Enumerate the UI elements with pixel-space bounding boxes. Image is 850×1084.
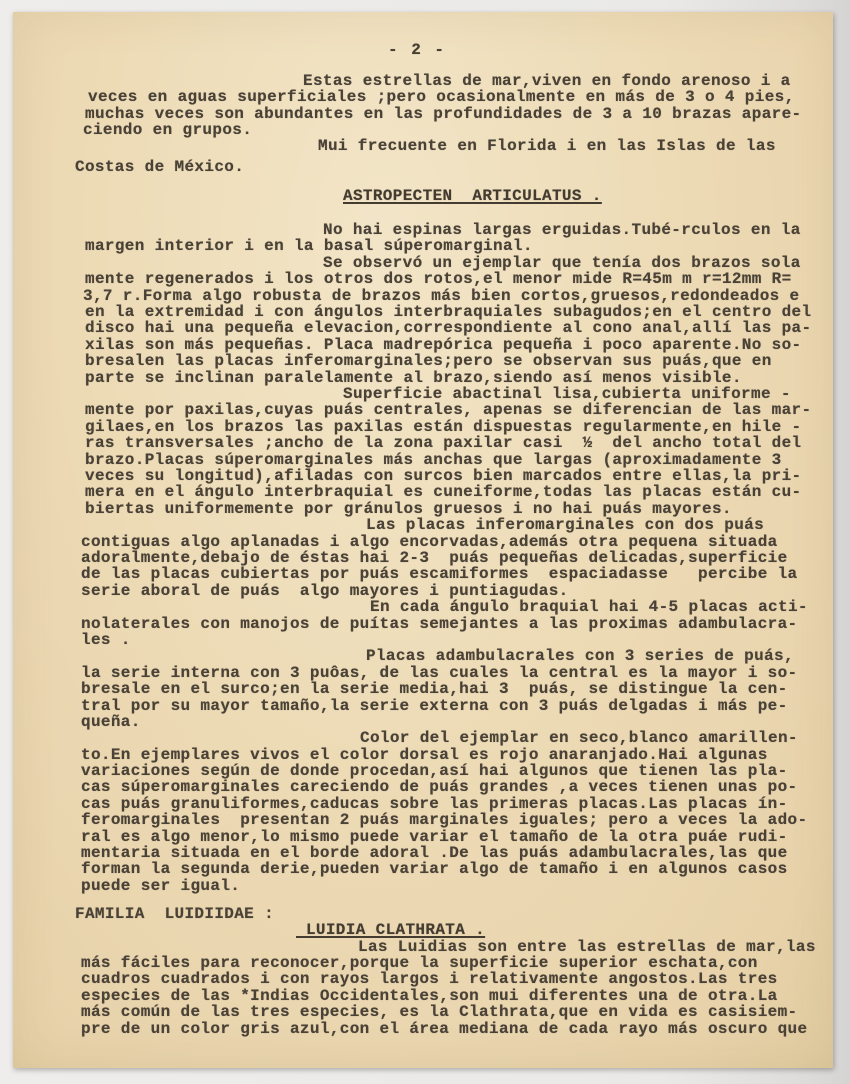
text-line: to.En ejemplares vivos el color dorsal e… xyxy=(81,748,768,763)
text-line: FAMILIA LUIDIIDAE : xyxy=(75,907,274,922)
section-heading: ASTROPECTEN ARTICULATUS . xyxy=(343,189,602,204)
text-line: Las placas inferomarginales con dos puás xyxy=(366,518,764,533)
text-line: Superficie abactinal lisa,cubierta unifo… xyxy=(343,387,791,402)
text-line: Las Luidias son entre las estrellas de m… xyxy=(358,940,816,955)
text-line: parte se inclinan paralelamente al brazo… xyxy=(85,371,742,386)
text-line: xilas son más pequeñas. Placa madrepóric… xyxy=(85,338,802,353)
text-line: mente por paxilas,cuyas puás centrales, … xyxy=(85,403,811,418)
text-line: mera en el ángulo interbraquial es cunei… xyxy=(85,485,802,500)
text-line: Color del ejemplar en seco,blanco amaril… xyxy=(360,731,798,746)
text-line: en la extremidad i con ángulos interbraq… xyxy=(85,305,811,320)
text-line: pre de un color gris azul,con el área me… xyxy=(81,1022,807,1037)
text-line: forman la segunda derie,pueden variar al… xyxy=(81,862,788,877)
text-line: contiguas algo aplanadas i algo encorvad… xyxy=(81,535,778,550)
text-line: brazo.Placas súperomarginales más anchas… xyxy=(85,453,782,468)
text-line: cuadros cuadrados i con rayos largos i r… xyxy=(81,972,778,987)
text-line: bresale en el surco;en la serie media,ha… xyxy=(81,682,788,697)
text-line: más fáciles para reconocer,porque la sup… xyxy=(81,956,758,971)
text-line: mente regenerados i los otros dos rotos,… xyxy=(85,272,792,287)
text-line: cas súperomarginales careciendo de puás … xyxy=(81,780,798,795)
page-number: - 2 - xyxy=(388,41,446,59)
text-line: más común de las tres especies, es la Cl… xyxy=(81,1005,798,1020)
text-line: mentaria situada en el borde adoral .De … xyxy=(81,846,788,861)
scan-background: - 2 - Estas estrellas de mar,viven en fo… xyxy=(0,0,850,1084)
text-line: muchas veces son abundantes en las profu… xyxy=(85,107,802,122)
text-line: En cada ángulo braquial hai 4-5 placas a… xyxy=(370,600,808,615)
text-line: Placas adambulacrales con 3 series de pu… xyxy=(366,649,794,664)
text-line: puede ser igual. xyxy=(81,879,240,894)
typewritten-text: - 2 - Estas estrellas de mar,viven en fo… xyxy=(13,12,833,1068)
text-line: adoralmente,debajo de éstas hai 2-3 puás… xyxy=(81,551,788,566)
text-line: veces su longitud),afiladas con surcos b… xyxy=(85,469,802,484)
text-line: margen interior i en la basal súperomarg… xyxy=(85,239,533,254)
text-line: biertas uniformemente por gránulos grues… xyxy=(85,502,732,517)
text-line: tral por su mayor tamaño,la serie extern… xyxy=(81,699,788,714)
text-line: les . xyxy=(81,633,131,648)
text-line: variaciones según de donde procedan,así … xyxy=(81,764,788,779)
text-line: feromarginales presentan 2 puás marginal… xyxy=(81,813,807,828)
text-line: especies de las *Indias Occidentales,son… xyxy=(81,989,778,1004)
text-line: serie aboral de puás algo mayores i punt… xyxy=(81,584,569,599)
text-line: Costas de México. xyxy=(75,160,244,175)
text-line: nolaterales con manojos de puítas semeja… xyxy=(81,617,798,632)
text-line: veces en aguas superficiales ;pero ocasi… xyxy=(88,90,795,105)
text-line: de las placas cubiertas por puás escamif… xyxy=(81,567,798,582)
text-line: disco hai una pequeña elevacion,correspo… xyxy=(85,321,811,336)
text-line: 3,7 r.Forma algo robusta de brazos más b… xyxy=(83,289,800,304)
text-line: cas puás granuliformes,caducas sobre las… xyxy=(81,797,788,812)
text-line: la serie interna con 3 puôas, de las cua… xyxy=(81,666,798,681)
text-line: ciendo en grupos. xyxy=(83,123,252,138)
text-line: Estas estrellas de mar,viven en fondo ar… xyxy=(303,74,791,89)
text-line: queña. xyxy=(81,715,141,730)
text-line: Se observó un ejemplar que tenía dos bra… xyxy=(323,256,801,271)
manuscript-paper: - 2 - Estas estrellas de mar,viven en fo… xyxy=(13,12,833,1068)
text-line: gilaes,en los brazos las paxilas están d… xyxy=(85,420,802,435)
text-line: No hai espinas largas erguidas.Tubé-rcul… xyxy=(323,223,801,238)
text-line: ras transversales ;ancho de la zona paxi… xyxy=(85,436,802,451)
section-heading: LUIDIA CLATHRATA . xyxy=(296,923,485,938)
text-line: ral es algo menor,lo mismo puede variar … xyxy=(81,830,788,845)
text-line: Mui frecuente en Florida i en las Islas … xyxy=(318,139,776,154)
text-line: bresalen las placas inferomarginales;per… xyxy=(85,354,772,369)
